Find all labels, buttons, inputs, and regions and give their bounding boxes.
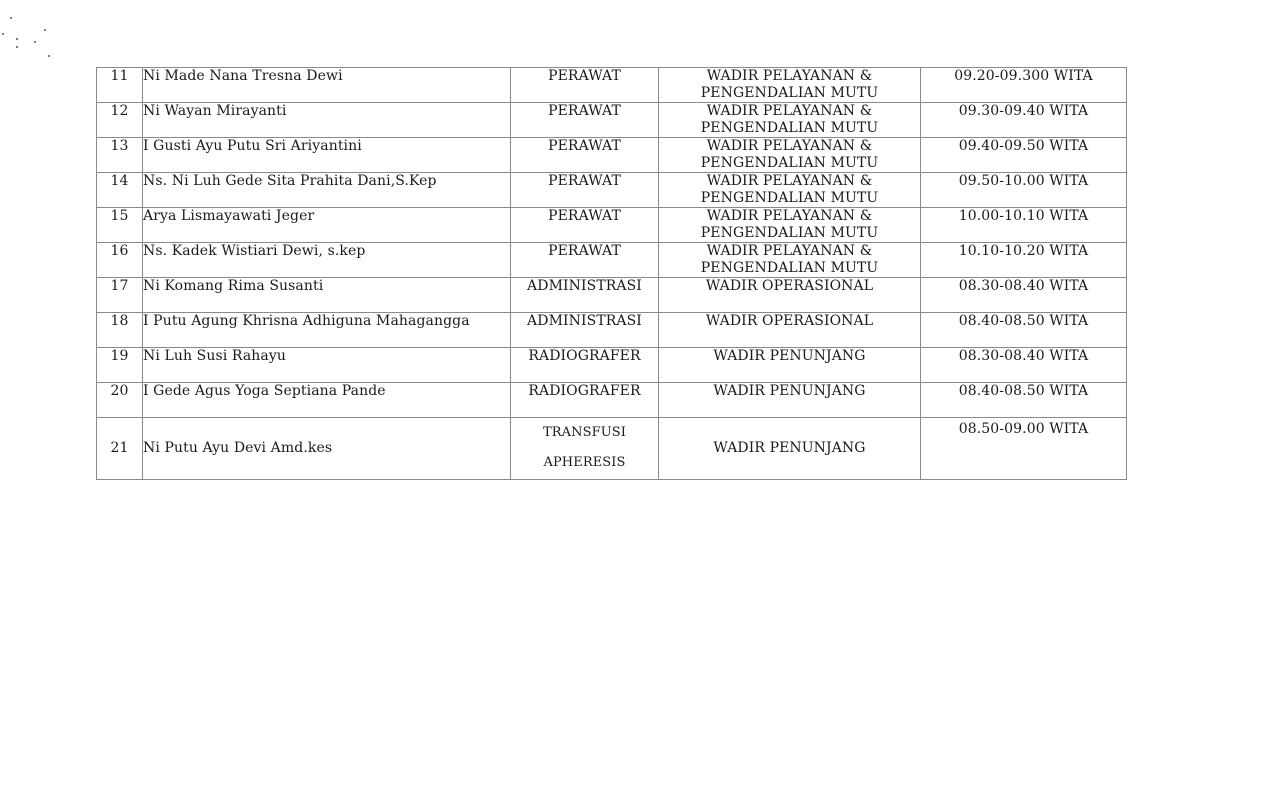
unit-text: PENGENDALIAN MUTU <box>659 85 920 102</box>
time-slot: 10.10-10.20 WITA <box>921 243 1127 278</box>
unit-text: WADIR PELAYANAN & <box>659 208 920 225</box>
profession-text: PERAWAT <box>511 138 658 155</box>
row-number: 12 <box>97 103 143 138</box>
table-row: 12Ni Wayan MirayantiPERAWATWADIR PELAYAN… <box>97 103 1127 138</box>
scan-speck <box>10 17 12 19</box>
unit-cell: WADIR PELAYANAN &PENGENDALIAN MUTU <box>659 173 921 208</box>
unit-text: WADIR PELAYANAN & <box>659 173 920 190</box>
scan-speck <box>2 33 4 35</box>
time-slot: 09.30-09.40 WITA <box>921 103 1127 138</box>
scan-speck <box>34 41 36 43</box>
employee-name: Arya Lismayawati Jeger <box>143 208 511 243</box>
schedule-table-body: 11Ni Made Nana Tresna DewiPERAWATWADIR P… <box>97 68 1127 480</box>
unit-text: WADIR OPERASIONAL <box>659 313 920 330</box>
unit-text: WADIR PENUNJANG <box>659 383 920 400</box>
table-row: 21Ni Putu Ayu Devi Amd.kesTRANSFUSIAPHER… <box>97 418 1127 480</box>
table-row: 17Ni Komang Rima SusantiADMINISTRASIWADI… <box>97 278 1127 313</box>
table-row: 19Ni Luh Susi RahayuRADIOGRAFERWADIR PEN… <box>97 348 1127 383</box>
unit-text: WADIR PELAYANAN & <box>659 103 920 120</box>
unit-text: WADIR PENUNJANG <box>659 440 920 457</box>
profession-text: RADIOGRAFER <box>511 348 658 365</box>
unit-text: PENGENDALIAN MUTU <box>659 120 920 137</box>
row-number: 17 <box>97 278 143 313</box>
table-row: 18I Putu Agung Khrisna Adhiguna Mahagang… <box>97 313 1127 348</box>
unit-text: PENGENDALIAN MUTU <box>659 260 920 277</box>
unit-text: WADIR PELAYANAN & <box>659 68 920 85</box>
table-row: 20I Gede Agus Yoga Septiana PandeRADIOGR… <box>97 383 1127 418</box>
row-number: 13 <box>97 138 143 173</box>
unit-text: WADIR PENUNJANG <box>659 348 920 365</box>
row-number: 15 <box>97 208 143 243</box>
profession-cell: PERAWAT <box>511 243 659 278</box>
unit-cell: WADIR OPERASIONAL <box>659 278 921 313</box>
employee-name: Ni Luh Susi Rahayu <box>143 348 511 383</box>
row-number: 21 <box>97 418 143 480</box>
time-slot: 08.30-08.40 WITA <box>921 348 1127 383</box>
profession-text: TRANSFUSI <box>511 418 658 448</box>
employee-name: Ns. Kadek Wistiari Dewi, s.kep <box>143 243 511 278</box>
unit-text: PENGENDALIAN MUTU <box>659 225 920 242</box>
row-number: 11 <box>97 68 143 103</box>
profession-text: PERAWAT <box>511 173 658 190</box>
table-row: 11Ni Made Nana Tresna DewiPERAWATWADIR P… <box>97 68 1127 103</box>
unit-cell: WADIR PELAYANAN &PENGENDALIAN MUTU <box>659 138 921 173</box>
time-slot: 09.40-09.50 WITA <box>921 138 1127 173</box>
profession-cell: ADMINISTRASI <box>511 278 659 313</box>
employee-name: Ni Made Nana Tresna Dewi <box>143 68 511 103</box>
unit-cell: WADIR PELAYANAN &PENGENDALIAN MUTU <box>659 208 921 243</box>
time-slot: 10.00-10.10 WITA <box>921 208 1127 243</box>
time-slot: 09.50-10.00 WITA <box>921 173 1127 208</box>
employee-name: I Putu Agung Khrisna Adhiguna Mahagangga <box>143 313 511 348</box>
profession-cell: PERAWAT <box>511 68 659 103</box>
table-row: 13I Gusti Ayu Putu Sri AriyantiniPERAWAT… <box>97 138 1127 173</box>
time-slot: 08.40-08.50 WITA <box>921 313 1127 348</box>
employee-name: Ni Putu Ayu Devi Amd.kes <box>143 418 511 480</box>
employee-name: Ns. Ni Luh Gede Sita Prahita Dani,S.Kep <box>143 173 511 208</box>
employee-name: Ni Wayan Mirayanti <box>143 103 511 138</box>
profession-text: PERAWAT <box>511 243 658 260</box>
profession-text: ADMINISTRASI <box>511 313 658 330</box>
row-number: 14 <box>97 173 143 208</box>
scan-speck <box>16 46 18 48</box>
time-slot: 08.40-08.50 WITA <box>921 383 1127 418</box>
profession-cell: PERAWAT <box>511 208 659 243</box>
scan-speck <box>16 38 18 40</box>
unit-cell: WADIR PELAYANAN &PENGENDALIAN MUTU <box>659 103 921 138</box>
unit-cell: WADIR PENUNJANG <box>659 383 921 418</box>
table-row: 16Ns. Kadek Wistiari Dewi, s.kepPERAWATW… <box>97 243 1127 278</box>
unit-text: PENGENDALIAN MUTU <box>659 155 920 172</box>
table-row: 15Arya Lismayawati JegerPERAWATWADIR PEL… <box>97 208 1127 243</box>
row-number: 18 <box>97 313 143 348</box>
unit-text: WADIR OPERASIONAL <box>659 278 920 295</box>
scan-speck <box>48 55 50 57</box>
employee-name: I Gede Agus Yoga Septiana Pande <box>143 383 511 418</box>
time-slot: 08.30-08.40 WITA <box>921 278 1127 313</box>
time-slot: 09.20-09.300 WITA <box>921 68 1127 103</box>
scan-speck <box>44 29 46 31</box>
unit-cell: WADIR PELAYANAN &PENGENDALIAN MUTU <box>659 68 921 103</box>
unit-cell: WADIR PENUNJANG <box>659 418 921 480</box>
time-slot: 08.50-09.00 WITA <box>921 418 1127 480</box>
table-row: 14Ns. Ni Luh Gede Sita Prahita Dani,S.Ke… <box>97 173 1127 208</box>
unit-cell: WADIR PELAYANAN &PENGENDALIAN MUTU <box>659 243 921 278</box>
unit-text: PENGENDALIAN MUTU <box>659 190 920 207</box>
employee-name: Ni Komang Rima Susanti <box>143 278 511 313</box>
profession-cell: PERAWAT <box>511 173 659 208</box>
profession-cell: PERAWAT <box>511 138 659 173</box>
profession-text: PERAWAT <box>511 68 658 85</box>
unit-cell: WADIR PENUNJANG <box>659 348 921 383</box>
unit-text: WADIR PELAYANAN & <box>659 243 920 260</box>
profession-text: APHERESIS <box>511 448 658 478</box>
employee-name: I Gusti Ayu Putu Sri Ariyantini <box>143 138 511 173</box>
row-number: 16 <box>97 243 143 278</box>
scan-artifact-specks <box>0 0 60 60</box>
unit-cell: WADIR OPERASIONAL <box>659 313 921 348</box>
profession-text: PERAWAT <box>511 208 658 225</box>
schedule-table: 11Ni Made Nana Tresna DewiPERAWATWADIR P… <box>96 67 1127 480</box>
profession-cell: RADIOGRAFER <box>511 383 659 418</box>
profession-cell: ADMINISTRASI <box>511 313 659 348</box>
profession-cell: PERAWAT <box>511 103 659 138</box>
profession-text: ADMINISTRASI <box>511 278 658 295</box>
unit-text: WADIR PELAYANAN & <box>659 138 920 155</box>
row-number: 20 <box>97 383 143 418</box>
profession-cell: RADIOGRAFER <box>511 348 659 383</box>
profession-cell: TRANSFUSIAPHERESIS <box>511 418 659 480</box>
profession-text: RADIOGRAFER <box>511 383 658 400</box>
profession-text: PERAWAT <box>511 103 658 120</box>
row-number: 19 <box>97 348 143 383</box>
